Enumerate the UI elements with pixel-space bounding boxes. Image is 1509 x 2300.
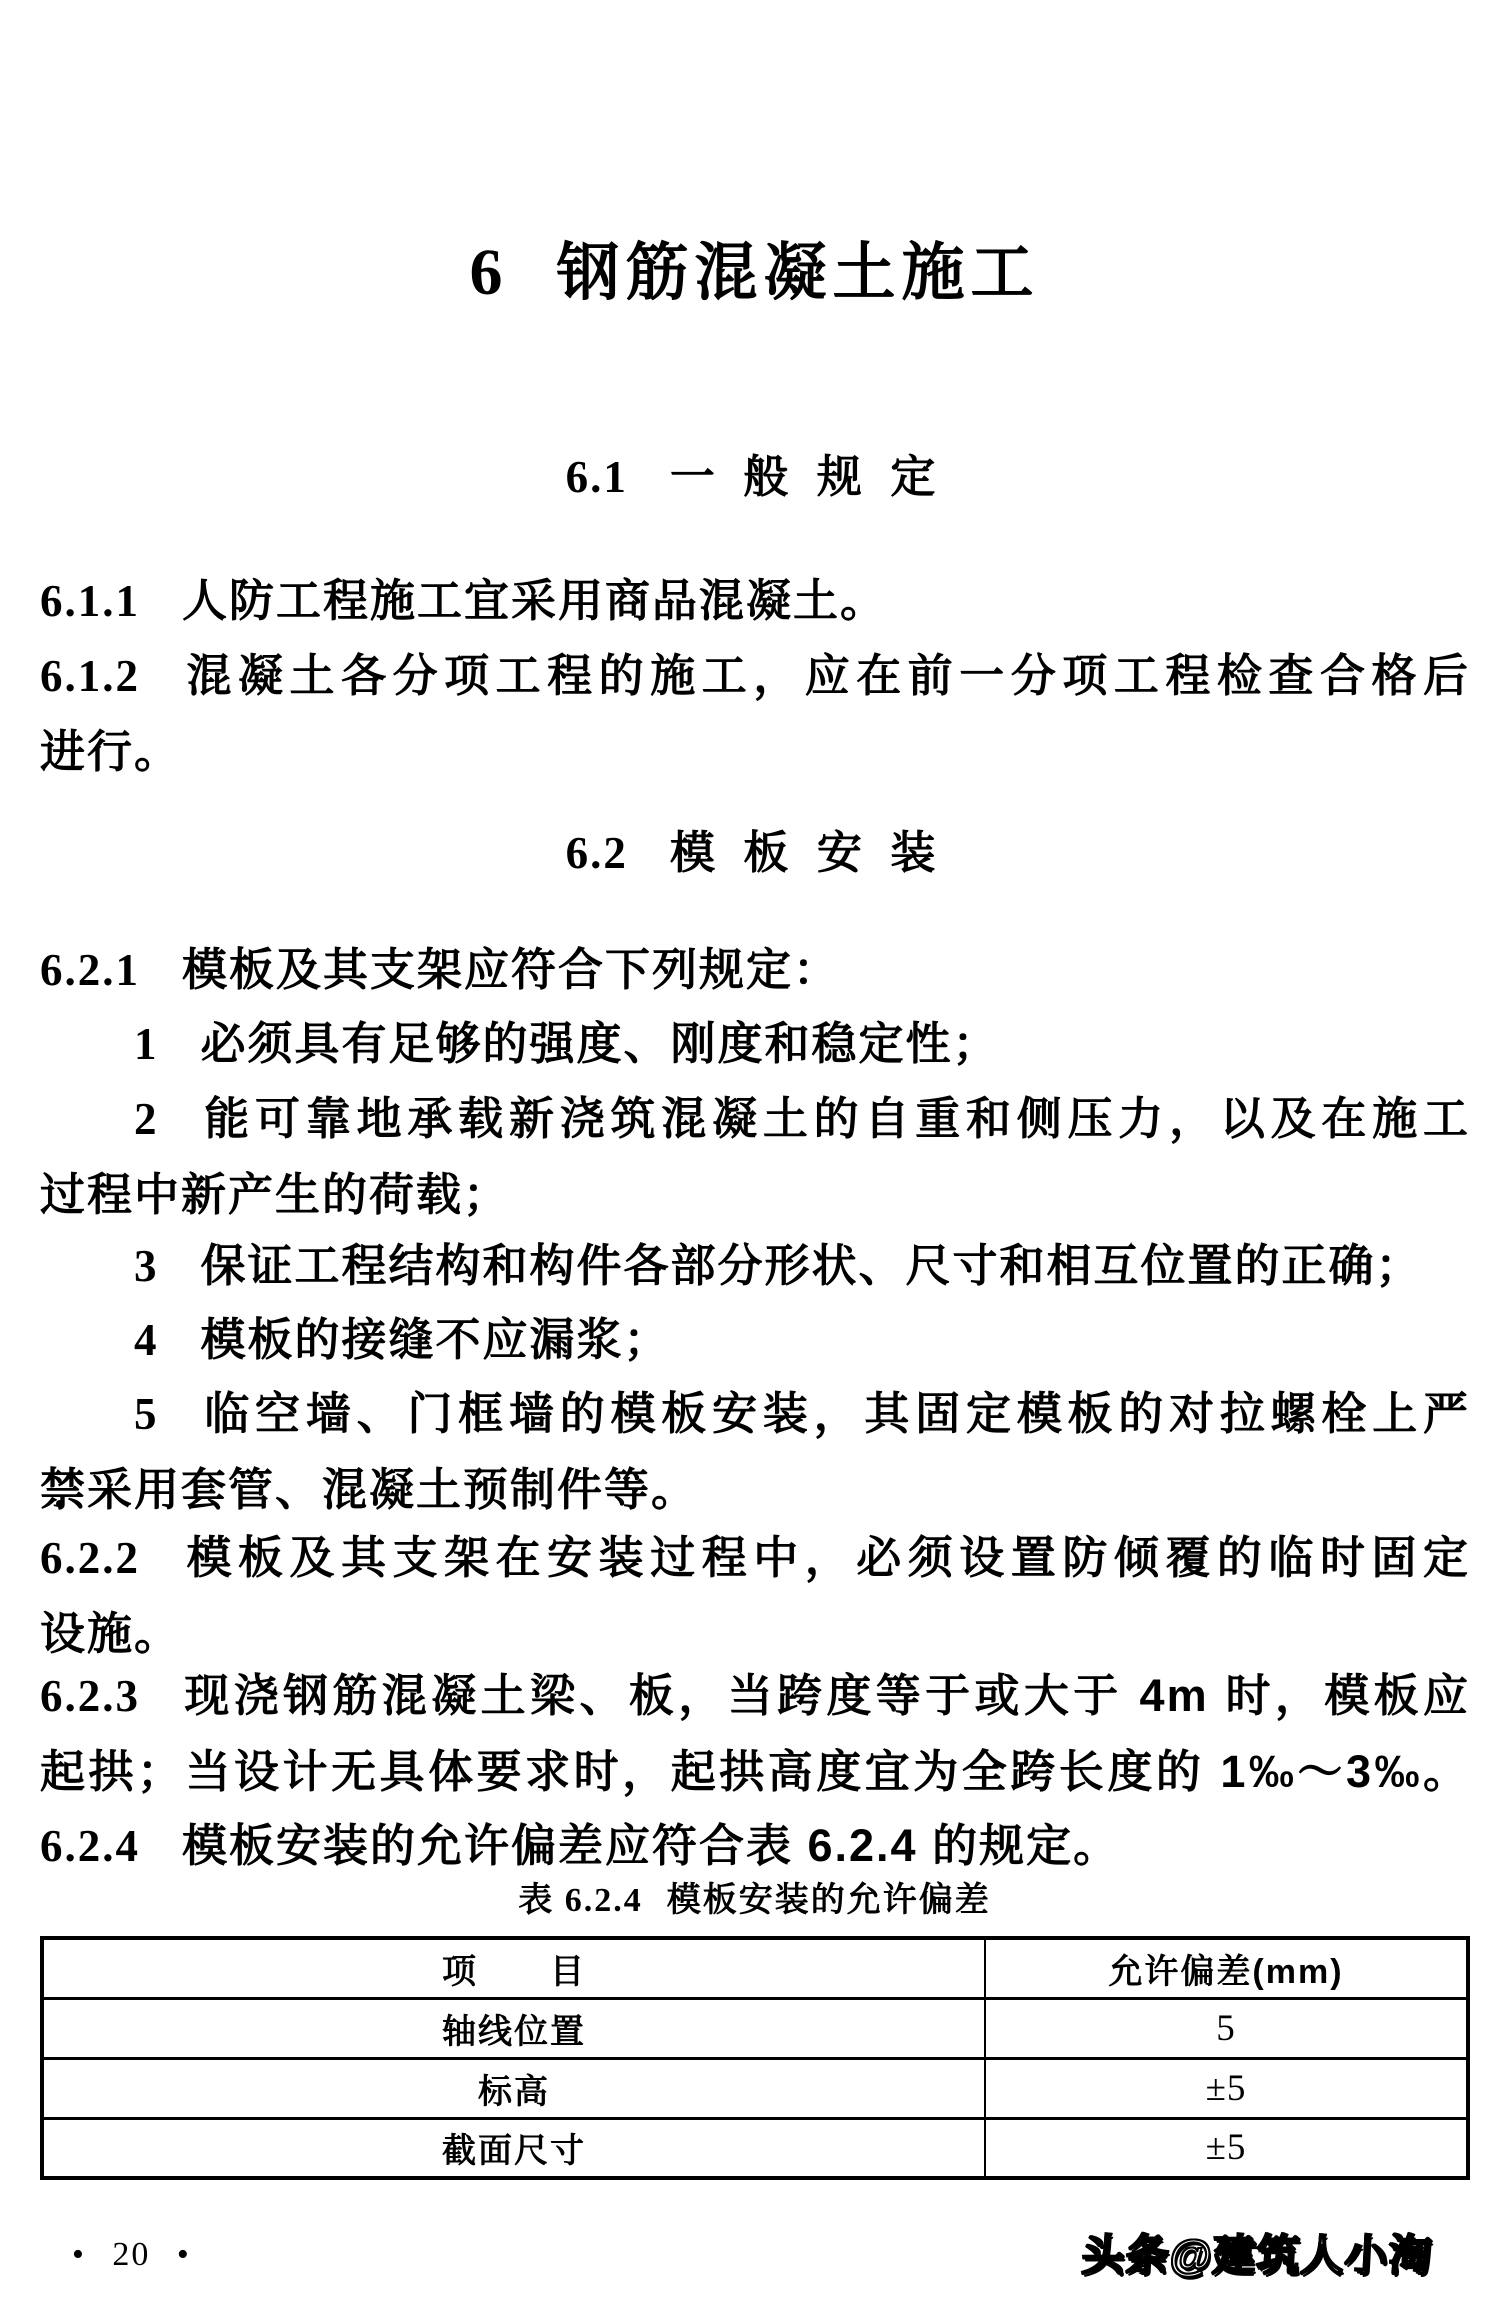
section-title-text: 模 板 安 装 xyxy=(670,827,944,878)
table-header-deviation: 允许偏差(mm) xyxy=(985,1938,1468,1998)
clause-line: 6.2.3现浇钢筋混凝土梁、板，当跨度等于或大于 4m 时，模板应 xyxy=(40,1658,1470,1734)
stray-mark xyxy=(56,1500,63,1507)
item-line: 3保证工程结构和构件各部分形状、尺寸和相互位置的正确； xyxy=(40,1228,1470,1304)
item-line: 4模板的接缝不应漏浆； xyxy=(40,1302,1470,1378)
list-item-3: 3保证工程结构和构件各部分形状、尺寸和相互位置的正确； xyxy=(40,1228,1470,1304)
clause-line: 6.2.1模板及其支架应符合下列规定： xyxy=(40,932,1470,1008)
section-heading-6-2: 6.2模 板 安 装 xyxy=(0,816,1509,881)
table-caption-number: 表 6.2.4 xyxy=(518,1882,643,1919)
table-cell-value: 5 xyxy=(985,1998,1468,2058)
table-cell-item: 标高 xyxy=(42,2058,985,2118)
item-line: 禁采用套管、混凝土预制件等。 xyxy=(40,1452,1470,1527)
item-number: 4 xyxy=(134,1315,159,1365)
item-line: 1必须具有足够的强度、刚度和稳定性； xyxy=(40,1006,1470,1082)
document-page: 6钢筋混凝土施工 6.1一 般 规 定 6.1.1人防工程施工宜采用商品混凝土。… xyxy=(0,0,1509,2300)
chapter-number: 6 xyxy=(470,236,505,309)
section-number: 6.2 xyxy=(566,828,628,878)
table-row: 标高 ±5 xyxy=(42,2058,1468,2118)
clause-6-1-1: 6.1.1人防工程施工宜采用商品混凝土。 xyxy=(40,563,1470,639)
section-title-text: 一 般 规 定 xyxy=(670,451,944,502)
table-caption-text: 模板安装的允许偏差 xyxy=(667,1881,991,1919)
clause-number: 6.2.4 xyxy=(40,1821,140,1871)
item-text: 能可靠地承载新浇筑混凝土的自重和侧压力，以及在施工 xyxy=(201,1093,1471,1144)
table-caption: 表 6.2.4模板安装的允许偏差 xyxy=(0,1872,1509,1921)
clause-number: 6.2.2 xyxy=(40,1533,140,1583)
clause-number: 6.2.3 xyxy=(40,1671,140,1721)
clause-6-1-2: 6.1.2混凝土各分项工程的施工，应在前一分项工程检查合格后 进行。 xyxy=(40,638,1470,789)
item-line: 5临空墙、门框墙的模板安装，其固定模板的对拉螺栓上严 xyxy=(40,1376,1470,1452)
list-item-4: 4模板的接缝不应漏浆； xyxy=(40,1302,1470,1378)
table-header-item: 项 目 xyxy=(42,1938,985,1998)
page-number: • 20 • xyxy=(72,2236,191,2274)
item-text: 保证工程结构和构件各部分形状、尺寸和相互位置的正确； xyxy=(201,1240,1423,1291)
table-cell-item: 轴线位置 xyxy=(42,1998,985,2058)
table-row: 轴线位置 5 xyxy=(42,1998,1468,2058)
list-item-2: 2能可靠地承载新浇筑混凝土的自重和侧压力，以及在施工 过程中新产生的荷载； xyxy=(40,1081,1470,1232)
item-number: 2 xyxy=(134,1094,159,1144)
clause-text: 现浇钢筋混凝土梁、板，当跨度等于或大于 4m 时，模板应 xyxy=(182,1670,1470,1721)
item-number: 1 xyxy=(134,1019,159,1069)
table-cell-item: 截面尺寸 xyxy=(42,2118,985,2178)
clause-text: 模板及其支架在安装过程中，必须设置防倾覆的临时固定 xyxy=(182,1532,1470,1583)
clause-6-2-2: 6.2.2模板及其支架在安装过程中，必须设置防倾覆的临时固定 设施。 xyxy=(40,1520,1470,1671)
item-number: 5 xyxy=(134,1389,159,1439)
clause-line: 6.1.1人防工程施工宜采用商品混凝土。 xyxy=(40,563,1470,639)
item-text: 必须具有足够的强度、刚度和稳定性； xyxy=(201,1018,1000,1069)
clause-number: 6.1.2 xyxy=(40,651,140,701)
clause-text: 模板安装的允许偏差应符合表 6.2.4 的规定。 xyxy=(182,1820,1120,1871)
clause-line: 6.1.2混凝土各分项工程的施工，应在前一分项工程检查合格后 xyxy=(40,638,1470,714)
item-text: 模板的接缝不应漏浆； xyxy=(201,1314,671,1365)
item-number: 3 xyxy=(134,1241,159,1291)
item-line: 2能可靠地承载新浇筑混凝土的自重和侧压力，以及在施工 xyxy=(40,1081,1470,1157)
chapter-title-text: 钢筋混凝土施工 xyxy=(557,238,1040,308)
clause-line: 6.2.2模板及其支架在安装过程中，必须设置防倾覆的临时固定 xyxy=(40,1520,1470,1596)
list-item-5: 5临空墙、门框墙的模板安装，其固定模板的对拉螺栓上严 禁采用套管、混凝土预制件等… xyxy=(40,1376,1470,1527)
clause-line: 进行。 xyxy=(40,714,1470,789)
section-heading-6-1: 6.1一 般 规 定 xyxy=(0,440,1509,505)
table-row: 截面尺寸 ±5 xyxy=(42,2118,1468,2178)
clause-text: 混凝土各分项工程的施工，应在前一分项工程检查合格后 xyxy=(182,650,1470,701)
clause-number: 6.2.1 xyxy=(40,945,140,995)
table-cell-value: ±5 xyxy=(985,2118,1468,2178)
section-number: 6.1 xyxy=(566,452,628,502)
watermark: 头条@建筑人小淘 xyxy=(1080,2222,1434,2283)
clause-line: 起拱；当设计无具体要求时，起拱高度宜为全跨长度的 1‰～3‰。 xyxy=(40,1734,1470,1809)
list-item-1: 1必须具有足够的强度、刚度和稳定性； xyxy=(40,1006,1470,1082)
table-header-row: 项 目 允许偏差(mm) xyxy=(42,1938,1468,1998)
chapter-title: 6钢筋混凝土施工 xyxy=(0,222,1509,313)
clause-6-2-3: 6.2.3现浇钢筋混凝土梁、板，当跨度等于或大于 4m 时，模板应 起拱；当设计… xyxy=(40,1658,1470,1809)
clause-text: 模板及其支架应符合下列规定： xyxy=(182,944,840,995)
item-line: 过程中新产生的荷载； xyxy=(40,1157,1470,1232)
item-text: 临空墙、门框墙的模板安装，其固定模板的对拉螺栓上严 xyxy=(201,1388,1471,1439)
table-cell-value: ±5 xyxy=(985,2058,1468,2118)
clause-text: 人防工程施工宜采用商品混凝土。 xyxy=(182,575,887,626)
clause-6-2-1: 6.2.1模板及其支架应符合下列规定： xyxy=(40,932,1470,1008)
deviation-table: 项 目 允许偏差(mm) 轴线位置 5 标高 ±5 截面尺寸 ±5 xyxy=(40,1936,1470,2180)
clause-number: 6.1.1 xyxy=(40,576,140,626)
